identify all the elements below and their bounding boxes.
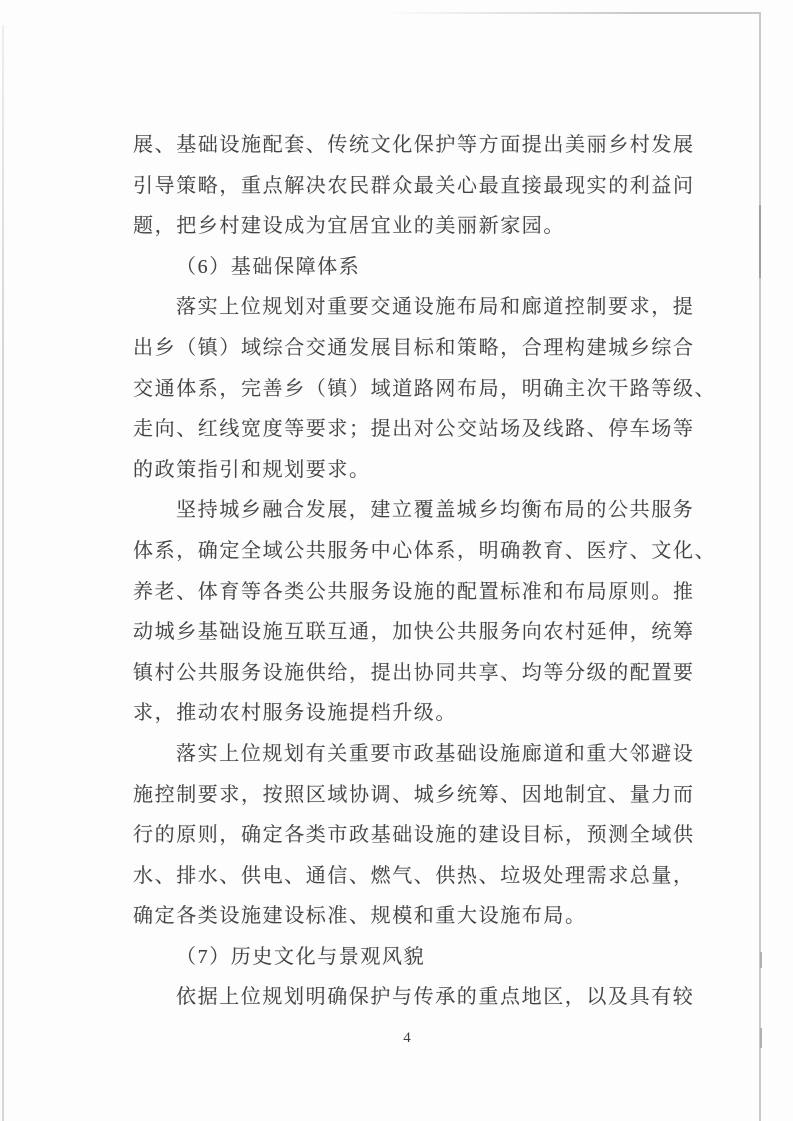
text-line: 求，推动农村服务设施提档升级。 [133, 693, 733, 734]
text-line: 出乡（镇）域综合交通发展目标和策略，合理构建城乡综合 [133, 328, 733, 369]
text-line: 动城乡基础设施互联互通，加快公共服务向农村延伸，统筹 [133, 612, 733, 653]
scan-edge-left-line [2, 25, 4, 1121]
scan-edge-right-tick [760, 1028, 762, 1048]
section-heading-7: （7）历史文化与景观风貌 [133, 937, 733, 978]
text-line: 的政策指引和规划要求。 [133, 450, 733, 491]
scan-edge-right-tick [760, 952, 762, 968]
text-line: 展、基础设施配套、传统文化保护等方面提出美丽乡村发展 [133, 125, 733, 166]
text-line: 镇村公共服务设施供给，提出协同共享、均等分级的配置要 [133, 653, 733, 694]
text-line: 坚持城乡融合发展，建立覆盖城乡均衡布局的公共服务 [133, 490, 733, 531]
scan-edge-right-dark-segment [759, 205, 761, 278]
scan-edge-top-line [385, 12, 761, 14]
text-line: 养老、体育等各类公共服务设施的配置标准和布局原则。推 [133, 572, 733, 613]
text-line: 行的原则，确定各类市政基础设施的建设目标，预测全域供 [133, 815, 733, 856]
text-line: 依据上位规划明确保护与传承的重点地区，以及具有较 [133, 977, 733, 1018]
text-line: 走向、红线宽度等要求；提出对公交站场及线路、停车场等 [133, 409, 733, 450]
text-line: 引导策略，重点解决农民群众最关心最直接最现实的利益问 [133, 166, 733, 207]
text-line: 确定各类设施建设标准、规模和重大设施布局。 [133, 896, 733, 937]
section-heading-6: （6）基础保障体系 [133, 247, 733, 288]
text-line: 交通体系，完善乡（镇）域道路网布局，明确主次干路等级、 [133, 369, 733, 410]
text-line: 水、排水、供电、通信、燃气、供热、垃圾处理需求总量， [133, 856, 733, 897]
text-line: 施控制要求，按照区域协调、城乡统筹、因地制宜、量力而 [133, 775, 733, 816]
text-line: 落实上位规划有关重要市政基础设施廊道和重大邻避设 [133, 734, 733, 775]
text-line: 落实上位规划对重要交通设施布局和廊道控制要求，提 [133, 287, 733, 328]
text-line: 体系，确定全域公共服务中心体系，明确教育、医疗、文化、 [133, 531, 733, 572]
document-page: 展、基础设施配套、传统文化保护等方面提出美丽乡村发展 引导策略，重点解决农民群众… [0, 0, 793, 1121]
body-text: 展、基础设施配套、传统文化保护等方面提出美丽乡村发展 引导策略，重点解决农民群众… [133, 125, 733, 1018]
text-line: 题，把乡村建设成为宜居宜业的美丽新家园。 [133, 206, 733, 247]
page-number: 4 [133, 1027, 681, 1049]
